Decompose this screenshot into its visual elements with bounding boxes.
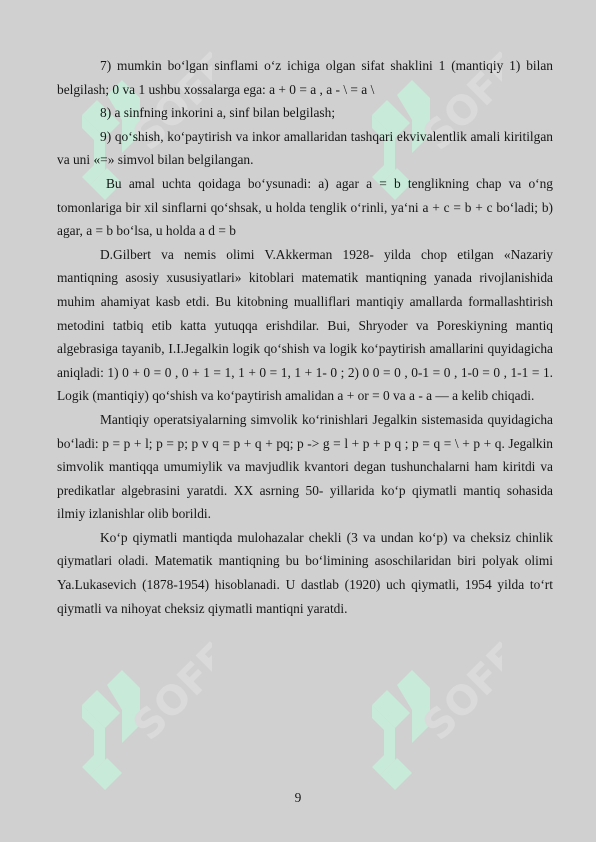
paragraph-rules: Bu amal uchta qoidaga bo‘ysunadi: a) aga… bbox=[57, 172, 553, 243]
paragraph-lukasevich: Ko‘p qiymatli mantiqda mulohazalar chekl… bbox=[57, 526, 553, 620]
paragraph-jegalkin: Mantiqiy operatsiyalarning simvolik ko‘r… bbox=[57, 408, 553, 526]
paragraph-item-8: 8) a sinfning inkorini a, sinf bilan bel… bbox=[57, 101, 553, 125]
soff-logo-icon: SOFF bbox=[62, 630, 212, 810]
paragraph-item-7: 7) mumkin bo‘lgan sinflami o‘z ichiga ol… bbox=[57, 54, 553, 101]
page-body: 7) mumkin bo‘lgan sinflami o‘z ichiga ol… bbox=[57, 54, 553, 620]
paragraph-gilbert: D.Gilbert va nemis olimi V.Akkerman 1928… bbox=[57, 243, 553, 408]
watermark-text: SOFF bbox=[414, 634, 502, 750]
page-number: 9 bbox=[0, 790, 596, 806]
paragraph-item-9: 9) qo‘shish, ko‘paytirish va inkor amall… bbox=[57, 125, 553, 172]
watermark: SOFF bbox=[352, 630, 502, 810]
watermark: SOFF bbox=[62, 630, 212, 810]
soff-logo-icon: SOFF bbox=[352, 630, 502, 810]
watermark-text: SOFF bbox=[124, 634, 212, 750]
